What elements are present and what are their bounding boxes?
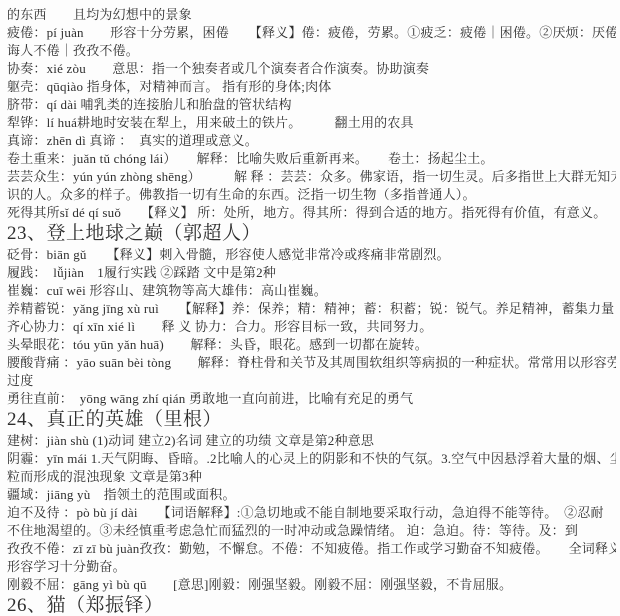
- doc-line: 履践： lǚjiàn 1履行实践 ②踩踏 文中是第2种: [7, 264, 616, 282]
- doc-line: 犁铧：lí huá耕地时安装在犁上，用来破土的铁片。 翻土用的农具: [7, 114, 616, 132]
- doc-line: 脐带：qí dài 哺乳类的连接胎儿和胎盘的管状结构: [7, 96, 616, 114]
- doc-line: 疲倦：pí juàn 形容十分劳累，困倦 【释义】倦：疲倦，劳累。①疲乏：疲倦｜…: [7, 24, 616, 42]
- doc-line: 齐心协力：qí xīn xié lì 释 义 协力：合力。形容目标一致，共同努力…: [7, 318, 616, 336]
- doc-line: 孜孜不倦：zī zī bù juàn孜孜：勤勉，不懈怠。不倦：不知疲倦。指工作或…: [7, 540, 616, 558]
- doc-line: 卷土重来：juǎn tǔ chóng lái） 解释：比喻失败后重新再来。 卷土…: [7, 150, 616, 168]
- doc-line: 养精蓄锐：yǎng jīng xù ruì 【解释】养：保养；精：精神；蓄：积蓄…: [7, 300, 616, 318]
- doc-line: 迫不及待 ：pò bù jí dài 【词语解释】:①急切地或不能自制地要采取行…: [7, 504, 616, 522]
- doc-line: 疆域：jiāng yù 指领土的范围或面积。: [7, 486, 616, 504]
- doc-line: 真谛：zhēn dì 真谛 ： 真实的道理或意义。: [7, 132, 616, 150]
- section-heading-lesson-26: 26、猫（郑振铎）: [7, 594, 616, 616]
- doc-line: 刚毅不屈：gāng yì bù qū [意思]刚毅：刚强坚毅。刚毅不屈：刚强坚毅…: [7, 576, 616, 594]
- doc-line: 形容学习十分勤奋。: [7, 558, 616, 576]
- doc-line: 勇往直前： yōng wāng zhí qián 勇敢地一直向前进，比喻有充足的…: [7, 390, 616, 408]
- doc-line: 过度: [7, 372, 616, 390]
- doc-line: 的东西 且均为幻想中的景象: [7, 6, 616, 24]
- doc-line: 识的人。众多的样子。佛教指一切有生命的东西。泛指一切生物（多指普通人）。: [7, 186, 616, 204]
- doc-line: 阴霾：yīn mái 1.天气阴晦、昏暗。.2比喻人的心灵上的阴影和不快的气氛。…: [7, 450, 616, 468]
- section-heading-lesson-23: 23、登上地球之巅（郭超人）: [7, 222, 616, 246]
- doc-line: 死得其所sǐ dé qí suǒ 【释义】 所：处所，地方。得其所：得到合适的地…: [7, 204, 616, 222]
- doc-line: 芸芸众生：yún yún zhòng shēng） 解 释 ：芸芸：众多。佛家语…: [7, 168, 616, 186]
- document-page: 的东西 且均为幻想中的景象 疲倦：pí juàn 形容十分劳累，困倦 【释义】倦…: [0, 0, 620, 616]
- doc-line: 建树：jiàn shù (1)动词 建立2)名词 建立的功绩 文章是第2种意思: [7, 432, 616, 450]
- doc-line: 崔巍：cuī wēi 形容山、建筑物等高大雄伟：高山崔巍。: [7, 282, 616, 300]
- doc-line: 协奏：xié zòu 意思：指一个独奏者或几个演奏者合作演奏。协助演奏: [7, 60, 616, 78]
- doc-line: 躯壳：qūqiào 指身体，对精神而言。 指有形的身体;肉体: [7, 78, 616, 96]
- doc-line: 粒而形成的混浊现象 文章是第3种: [7, 468, 616, 486]
- doc-line: 砭骨：biān gǔ 【释义】刺入骨髓，形容使人感觉非常冷或疼痛非常剧烈。: [7, 246, 616, 264]
- doc-line: 腰酸背痛 ：yāo suān bèi tòng 解释：脊柱骨和关节及其周围软组织…: [7, 354, 616, 372]
- section-heading-lesson-24: 24、真正的英雄（里根）: [7, 408, 616, 432]
- doc-line: 诲人不倦｜孜孜不倦。: [7, 42, 616, 60]
- doc-line: 不住地渴望的。③未经慎重考虑急忙而猛烈的一时冲动或急躁情绪。 迫：急迫。待：等待…: [7, 522, 616, 540]
- doc-line: 头晕眼花：tóu yūn yǎn huā) 解释：头昏，眼花。感到一切都在旋转。: [7, 336, 616, 354]
